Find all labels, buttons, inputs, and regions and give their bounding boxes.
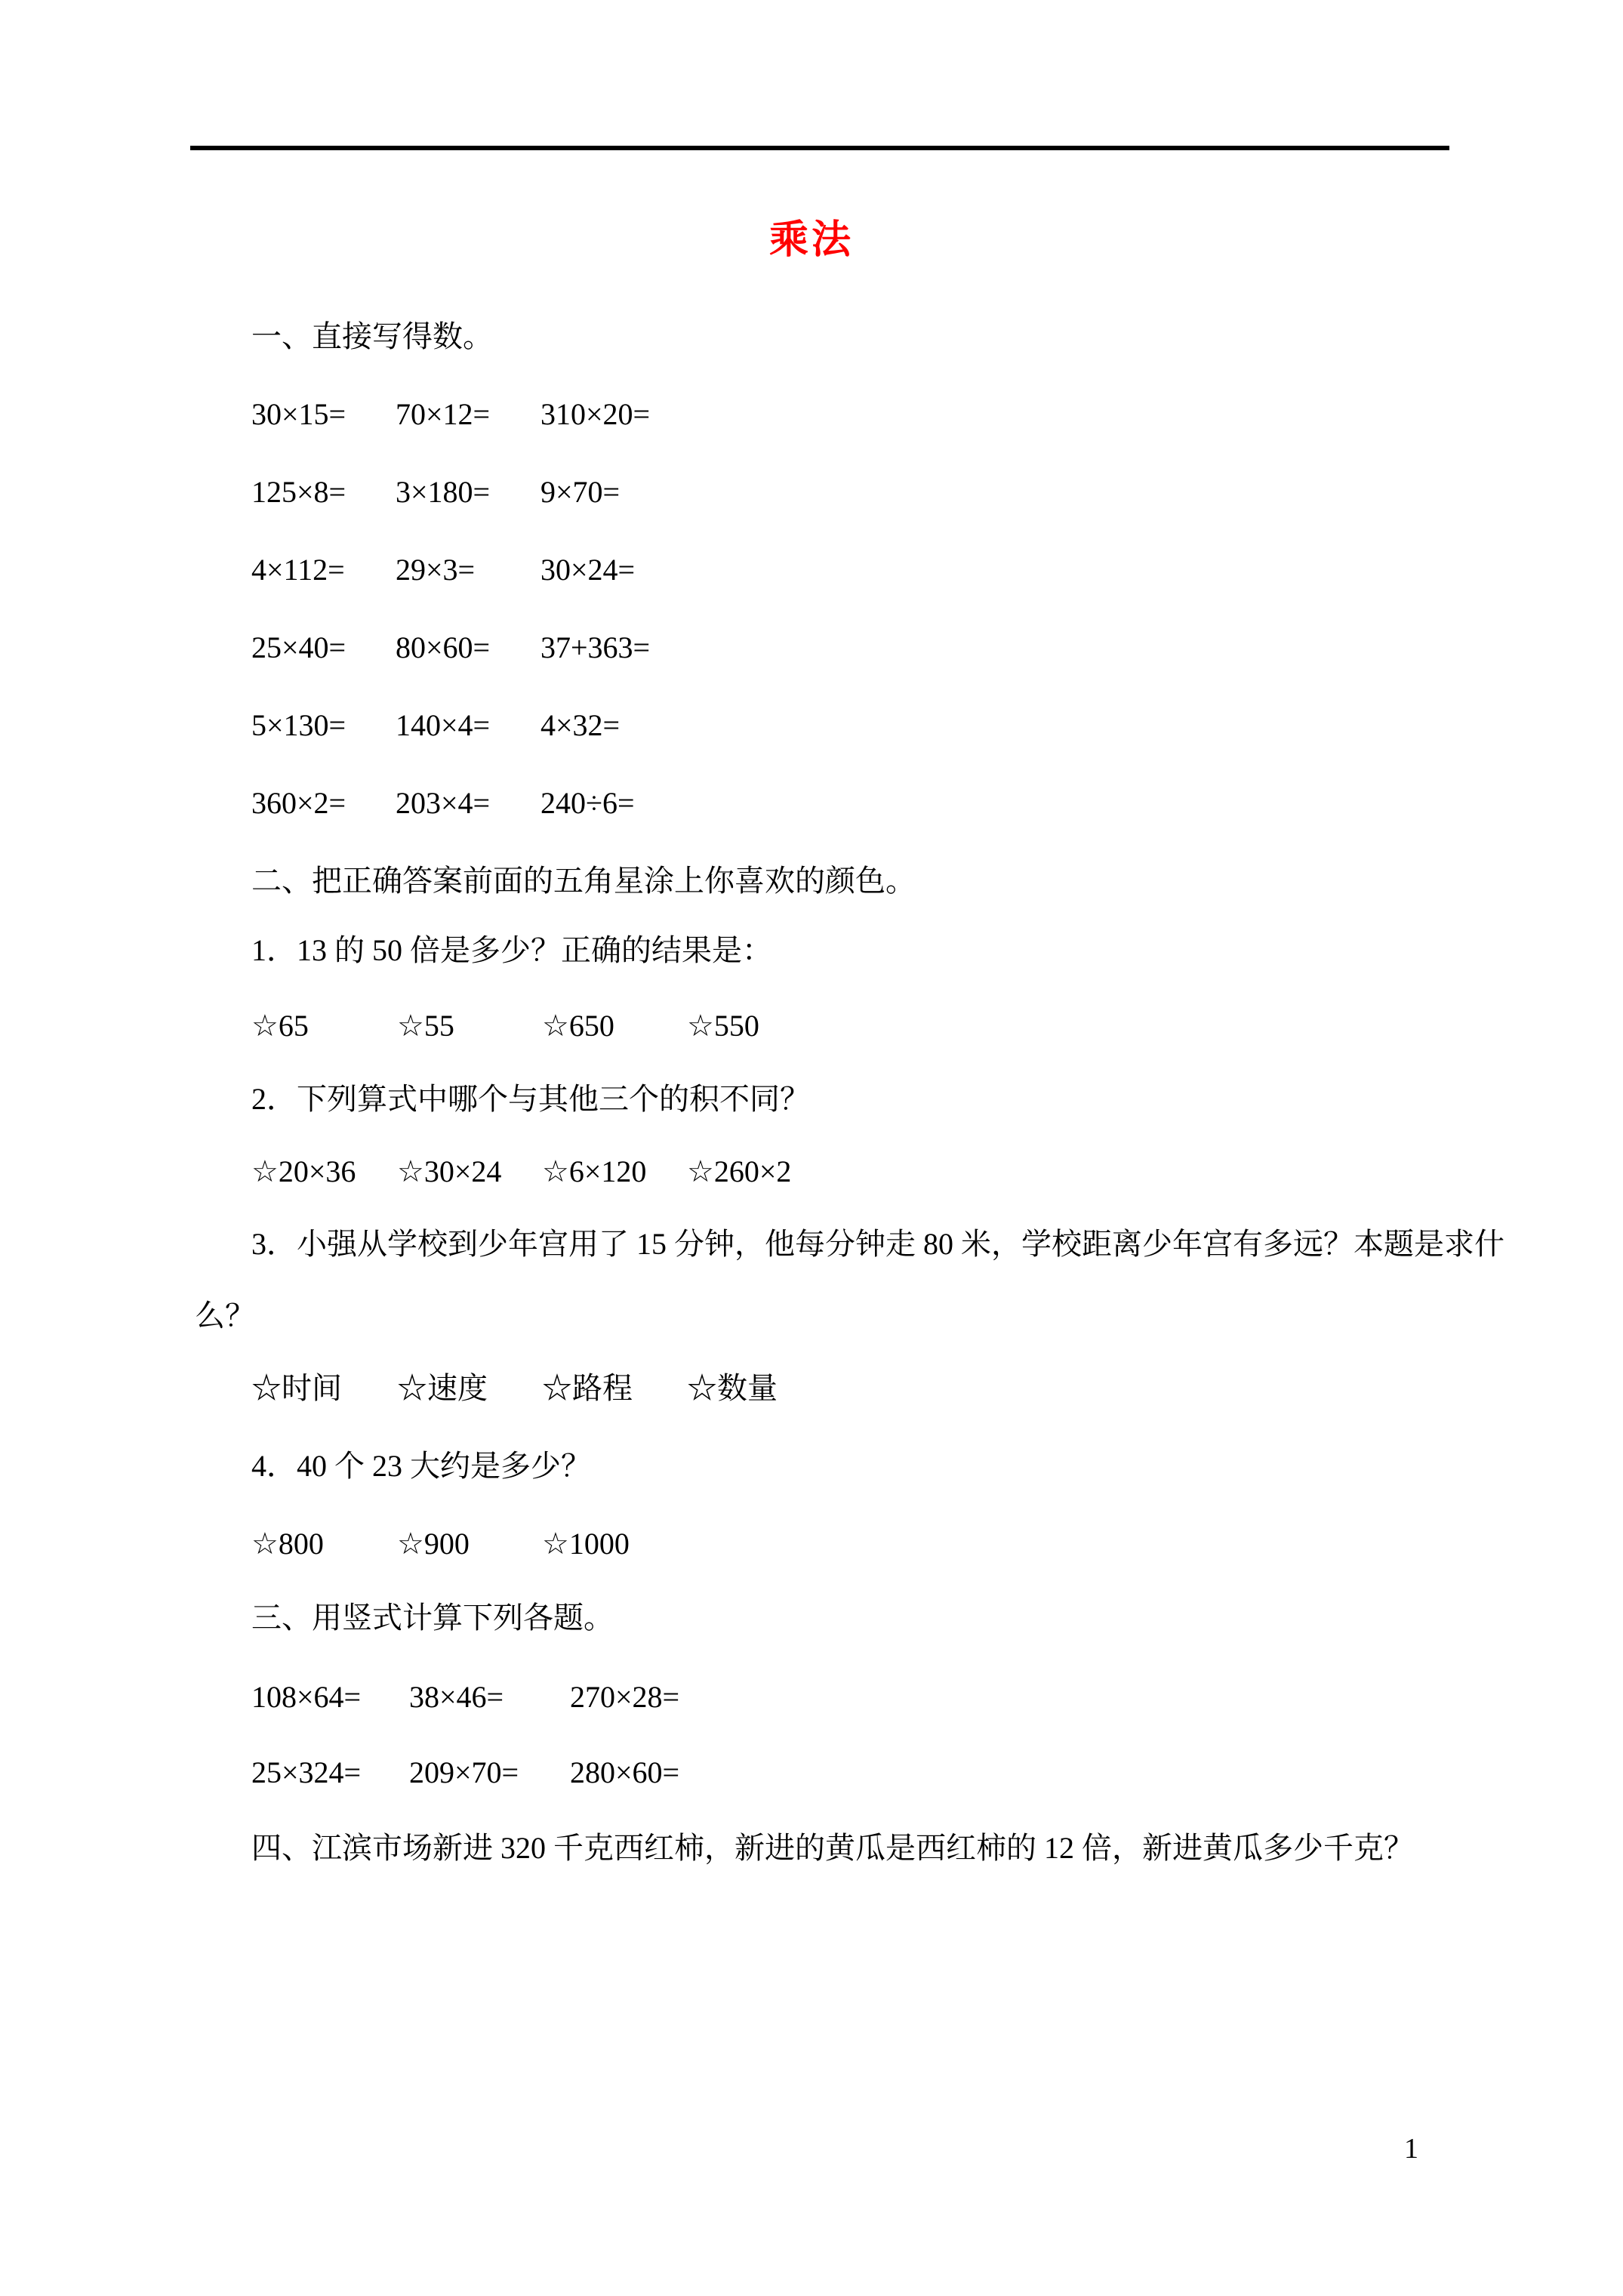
calc-row: 5×130= 140×4= 4×32=: [0, 704, 1623, 747]
calc-item: 203×4=: [396, 782, 490, 824]
question-3-text-line1: 3．小强从学校到少年宫用了 15 分钟，他每分钟走 80 米，学校距离少年宫有多…: [0, 1223, 1623, 1265]
option-row: ☆65 ☆55 ☆650 ☆550: [0, 1005, 1623, 1047]
star-option: ☆800: [251, 1523, 324, 1565]
star-option: ☆20×36: [251, 1151, 356, 1193]
question-3-text-line2: 么？: [0, 1295, 1623, 1337]
star-option: ☆路程: [542, 1367, 633, 1410]
section-4-heading: 四、江滨市场新进 320 千克西红柿，新进的黄瓜是西红柿的 12 倍，新进黄瓜多…: [0, 1827, 1623, 1869]
star-option: ☆时间: [251, 1367, 342, 1410]
star-option: ☆650: [542, 1005, 614, 1047]
question-1-text: 1．13 的 50 倍是多少？正确的结果是：: [0, 929, 1623, 972]
calc-row: 108×64= 38×46= 270×28=: [0, 1676, 1623, 1718]
calc-item: 37+363=: [540, 627, 650, 669]
star-option: ☆260×2: [687, 1151, 791, 1193]
calc-row: 25×324= 209×70= 280×60=: [0, 1752, 1623, 1794]
calc-item: 360×2=: [251, 782, 346, 824]
section-1-heading: 一、直接写得数。: [0, 316, 1623, 358]
star-option: ☆550: [687, 1005, 759, 1047]
calc-item: 80×60=: [396, 627, 490, 669]
calc-item: 4×112=: [251, 549, 345, 591]
calc-item: 240÷6=: [540, 782, 635, 824]
section-3-heading: 三、用竖式计算下列各题。: [0, 1597, 1623, 1639]
header-rule: [190, 146, 1449, 150]
calc-item: 30×24=: [540, 549, 635, 591]
question-4-text: 4．40 个 23 大约是多少？: [0, 1445, 1623, 1487]
star-option: ☆55: [397, 1005, 454, 1047]
calc-item: 29×3=: [396, 549, 475, 591]
calc-item: 310×20=: [540, 393, 650, 436]
option-row: ☆时间 ☆速度 ☆路程 ☆数量: [0, 1367, 1623, 1410]
calc-item: 30×15=: [251, 393, 346, 436]
calc-item: 3×180=: [396, 471, 490, 513]
calc-row: 25×40= 80×60= 37+363=: [0, 627, 1623, 669]
calc-row: 125×8= 3×180= 9×70=: [0, 471, 1623, 513]
calc-item: 9×70=: [540, 471, 620, 513]
calc-item: 140×4=: [396, 704, 490, 747]
option-row: ☆20×36 ☆30×24 ☆6×120 ☆260×2: [0, 1151, 1623, 1193]
calc-item: 125×8=: [251, 471, 346, 513]
calc-item: 270×28=: [570, 1676, 679, 1718]
page-number: 1: [1404, 2131, 1418, 2167]
calc-item: 25×324=: [251, 1752, 361, 1794]
calc-item: 4×32=: [540, 704, 620, 747]
option-row: ☆800 ☆900 ☆1000: [0, 1523, 1623, 1565]
calc-item: 108×64=: [251, 1676, 361, 1718]
calc-item: 5×130=: [251, 704, 346, 747]
star-option: ☆数量: [687, 1367, 778, 1410]
calc-item: 209×70=: [409, 1752, 519, 1794]
page-title: 乘法: [0, 217, 1623, 264]
calc-row: 30×15= 70×12= 310×20=: [0, 393, 1623, 436]
calc-item: 280×60=: [570, 1752, 679, 1794]
star-option: ☆速度: [397, 1367, 488, 1410]
calc-row: 360×2= 203×4= 240÷6=: [0, 782, 1623, 824]
star-option: ☆65: [251, 1005, 309, 1047]
question-2-text: 2．下列算式中哪个与其他三个的积不同？: [0, 1078, 1623, 1120]
star-option: ☆1000: [542, 1523, 630, 1565]
star-option: ☆900: [397, 1523, 470, 1565]
calc-item: 25×40=: [251, 627, 346, 669]
star-option: ☆6×120: [542, 1151, 646, 1193]
calc-item: 38×46=: [409, 1676, 504, 1718]
calc-row: 4×112= 29×3= 30×24=: [0, 549, 1623, 591]
star-option: ☆30×24: [397, 1151, 501, 1193]
calc-item: 70×12=: [396, 393, 490, 436]
section-2-heading: 二、把正确答案前面的五角星涂上你喜欢的颜色。: [0, 860, 1623, 902]
worksheet-page: 乘法 一、直接写得数。 30×15= 70×12= 310×20= 125×8=…: [0, 0, 1623, 2296]
